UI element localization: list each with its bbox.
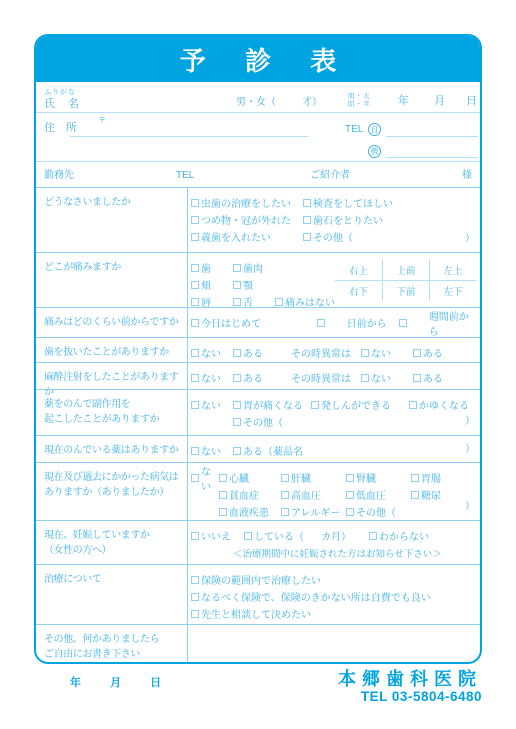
question-label: その他、何かありましたら ご自由にお書き下さい	[36, 625, 187, 662]
question-row-treatment-preference: 治療について 保険の範囲内で治療したい なるべく保険で、保険のきかない所は自費で…	[36, 564, 480, 624]
form-card: 予 診 表 ふりがな 氏 名 男・女（才） 明・大 昭・平 年 月 日 住 所 …	[34, 34, 482, 664]
checkbox-anesthesia-yes[interactable]: ある	[233, 370, 291, 385]
checkbox-icon[interactable]	[191, 474, 199, 482]
checkbox-illness-other[interactable]: その他（	[346, 504, 396, 519]
checkbox-icon[interactable]	[281, 508, 289, 516]
answer-cell: ない 胃が痛くなる 発しんができる かゆくなる その他（ ）	[187, 390, 480, 435]
checkbox-icon[interactable]	[311, 401, 319, 409]
sex-label: 男・女（	[236, 97, 276, 108]
checkbox-icon[interactable]	[191, 199, 199, 207]
era-line1: 明・大	[348, 93, 371, 100]
checkbox-icon[interactable]	[303, 233, 311, 241]
question-label: 現在のんでいる薬はありますか	[36, 436, 187, 462]
name-label-block: ふりがな 氏 名	[44, 88, 84, 109]
answer-cell: 虫歯の治療をしたい 検査をしてほしい つめ物・冠が外れた 歯石をとりたい 義歯を…	[187, 188, 480, 252]
checkbox-icon[interactable]	[303, 199, 311, 207]
month-label: 月	[434, 92, 445, 108]
checkbox-cavity-treatment[interactable]: 虫歯の治療をしたい	[191, 195, 303, 210]
checkbox-icon[interactable]	[233, 298, 241, 306]
region-lower-left[interactable]: 左下	[429, 280, 476, 301]
answer-cell: ない 心臓 肝臓 腎臓 胃腸 貧血症 高血圧 低血圧 糖尿 血液疾患 ア	[187, 463, 480, 520]
checkbox-mostly-insurance[interactable]: なるべく保険で、保険のきかない所は自費でも良い	[191, 589, 431, 604]
checkbox-within-insurance[interactable]: 保険の範囲内で治療したい	[191, 572, 321, 587]
checkbox-icon[interactable]	[191, 264, 199, 272]
question-row-reason: どうなさいましたか 虫歯の治療をしたい 検査をしてほしい つめ物・冠が外れた 歯…	[36, 188, 480, 252]
question-label: どうなさいましたか	[36, 188, 187, 252]
checkbox-icon[interactable]	[346, 474, 354, 482]
checkbox-icon[interactable]	[191, 374, 199, 382]
checkbox-denture[interactable]: 義歯を入れたい	[191, 229, 303, 244]
region-upper-right[interactable]: 右上	[335, 259, 382, 280]
checkbox-low-bp[interactable]: 低血圧	[346, 487, 411, 502]
referrer-suffix: 様	[462, 166, 472, 181]
checkbox-tooth[interactable]: 歯	[191, 260, 233, 275]
checkbox-icon[interactable]	[411, 474, 419, 482]
checkbox-icon[interactable]	[219, 491, 227, 499]
checkbox-icon[interactable]	[275, 298, 283, 306]
checkbox-icon[interactable]	[191, 349, 199, 357]
checkbox-icon[interactable]	[233, 401, 241, 409]
mobile-tel-row: 携	[36, 140, 480, 161]
region-upper-front[interactable]: 上前	[382, 259, 429, 280]
answer-cell: いいえ している（ カ月） わからない ＜治療期間中に妊娠された方はお知らせ下さ…	[187, 521, 480, 564]
answer-cell: ない ある その時異常は ない ある	[187, 338, 480, 362]
checkbox-medicine-no[interactable]: ない	[191, 443, 233, 458]
footer-date: 年 月 日	[34, 670, 187, 690]
checkbox-stomach-ache[interactable]: 胃が痛くなる	[233, 397, 311, 412]
checkbox-gums[interactable]: 歯肉	[233, 260, 263, 275]
checkbox-icon[interactable]	[191, 447, 199, 455]
checkbox-diabetes[interactable]: 糖尿	[411, 487, 441, 502]
clinic-name: 本郷歯科医院	[338, 670, 482, 689]
checkbox-days-ago[interactable]: 日前から	[317, 315, 399, 330]
page-footer: 年 月 日 本郷歯科医院 TEL 03-5804-6480	[34, 670, 482, 704]
checkbox-icon[interactable]	[413, 374, 421, 382]
workplace-tel-label: TEL	[176, 170, 194, 181]
furigana-label: ふりがな	[44, 88, 84, 98]
checkbox-remove-tartar[interactable]: 歯石をとりたい	[303, 212, 383, 227]
question-row-pain-location: どこが痛みますか 歯 歯肉 頬 顎 唇 舌 痛みはない	[36, 252, 480, 307]
checkbox-icon[interactable]	[303, 216, 311, 224]
checkbox-liver[interactable]: 肝臓	[281, 470, 346, 485]
checkbox-rash[interactable]: 発しんができる	[311, 397, 409, 412]
region-lower-right[interactable]: 右下	[335, 280, 382, 301]
abnormality-label: その時異常は	[291, 370, 361, 385]
checkbox-icon[interactable]	[233, 418, 241, 426]
checkbox-icon[interactable]	[399, 319, 407, 327]
checkbox-anemia[interactable]: 貧血症	[219, 487, 281, 502]
question-row-current-medicine: 現在のんでいる薬はありますか ない ある（薬品名 ）	[36, 435, 480, 462]
checkbox-icon[interactable]	[346, 491, 354, 499]
region-lower-front[interactable]: 下前	[382, 280, 429, 301]
checkbox-icon[interactable]	[191, 593, 199, 601]
referrer-label: ご紹介者	[310, 166, 350, 181]
checkbox-kidney[interactable]: 腎臓	[346, 470, 411, 485]
checkbox-icon[interactable]	[191, 610, 199, 618]
checkbox-tongue[interactable]: 舌	[233, 294, 275, 309]
answer-cell: 今日はじめて 日前から 週間前から	[187, 308, 480, 337]
checkbox-icon[interactable]	[346, 508, 354, 516]
pain-region-grid: 右上 上前 左上 右下 下前 左下	[335, 259, 476, 301]
answer-cell: 保険の範囲内で治療したい なるべく保険で、保険のきかない所は自費でも良い 先生と…	[187, 565, 480, 624]
era-line2: 昭・平	[348, 101, 371, 108]
checkbox-high-bp[interactable]: 高血圧	[281, 487, 346, 502]
tel-mobile-input-line[interactable]	[386, 157, 478, 158]
question-row-free-comments: その他、何かありましたら ご自由にお書き下さい	[36, 624, 480, 662]
checkbox-blood-disease[interactable]: 血液疾患	[219, 504, 281, 519]
paren-close: ）	[465, 497, 475, 512]
tel-mobile-icon: 携	[368, 145, 381, 158]
question-table: どうなさいましたか 虫歯の治療をしたい 検査をしてほしい つめ物・冠が外れた 歯…	[36, 187, 480, 662]
postal-mark: 〒	[98, 115, 106, 126]
checkbox-no-pain[interactable]: 痛みはない	[275, 294, 335, 309]
checkbox-lip[interactable]: 唇	[191, 294, 233, 309]
address-input-line[interactable]	[70, 136, 308, 137]
day-label: 日	[466, 92, 477, 108]
checkbox-abnormal-yes[interactable]: ある	[413, 370, 443, 385]
checkbox-icon[interactable]	[191, 532, 199, 540]
checkbox-illness-none[interactable]: ない	[191, 463, 219, 493]
questionnaire-page: 予 診 表 ふりがな 氏 名 男・女（才） 明・大 昭・平 年 月 日 住 所 …	[0, 0, 516, 729]
age-label: 才）	[302, 97, 322, 108]
checkbox-icon[interactable]	[369, 532, 377, 540]
checkbox-weeks-ago[interactable]: 週間前から	[399, 308, 476, 338]
question-row-extraction: 歯を抜いたことがありますか ない ある その時異常は ない ある	[36, 337, 480, 362]
checkbox-anesthesia-no[interactable]: ない	[191, 370, 233, 385]
checkbox-first-today[interactable]: 今日はじめて	[191, 315, 317, 330]
footer-day-label: 日	[150, 677, 161, 689]
checkbox-icon[interactable]	[411, 491, 419, 499]
checkbox-icon[interactable]	[191, 401, 199, 409]
checkbox-sideeffect-other[interactable]: その他（	[233, 414, 283, 429]
checkbox-abnormal-no[interactable]: ない	[361, 370, 413, 385]
checkbox-icon[interactable]	[361, 349, 369, 357]
checkbox-icon[interactable]	[191, 576, 199, 584]
checkbox-icon[interactable]	[317, 319, 325, 327]
checkbox-extraction-yes[interactable]: ある	[233, 345, 291, 360]
checkbox-pregnant-no[interactable]: いいえ	[191, 528, 244, 543]
tel-home-icon: 自	[368, 123, 381, 136]
free-comment-area[interactable]	[187, 625, 480, 662]
address-label: 住 所	[44, 119, 81, 135]
question-label: 薬をのんで副作用を 起こしたことがありますか	[36, 390, 187, 435]
checkbox-medicine-yes[interactable]: ある（薬品名	[233, 443, 303, 458]
name-label: 氏 名	[44, 98, 84, 110]
checkbox-sideeffect-none[interactable]: ない	[191, 397, 233, 412]
checkbox-pregnant-yes[interactable]: している（	[244, 528, 321, 543]
checkbox-icon[interactable]	[233, 374, 241, 382]
region-upper-left[interactable]: 左上	[429, 259, 476, 280]
footer-year-label: 年	[70, 677, 81, 689]
checkbox-icon[interactable]	[191, 298, 199, 306]
question-row-illness-history: 現在及び過去にかかった病気は ありますか（ありましたか） ない 心臓 肝臓 腎臓…	[36, 462, 480, 520]
checkbox-icon[interactable]	[191, 216, 199, 224]
question-row-pregnancy: 現在、妊娠していますか （女性の方へ） いいえ している（ カ月） わからない …	[36, 520, 480, 564]
checkbox-itchy[interactable]: かゆくなる	[409, 397, 469, 412]
checkbox-icon[interactable]	[413, 349, 421, 357]
answer-cell: ない ある その時異常は ない ある	[187, 363, 480, 389]
checkbox-pregnant-unknown[interactable]: わからない	[369, 528, 429, 543]
workplace-row: 勤務先 TEL ご紹介者 様	[36, 162, 480, 187]
tel-label: TEL	[345, 124, 363, 135]
question-label: どこが痛みますか	[36, 253, 187, 307]
question-label: 歯を抜いたことがありますか	[36, 338, 187, 362]
year-label: 年	[398, 92, 409, 108]
checkbox-extraction-no[interactable]: ない	[191, 345, 233, 360]
question-label: 現在、妊娠していますか （女性の方へ）	[36, 521, 187, 564]
checkbox-heart[interactable]: 心臓	[219, 470, 281, 485]
checkbox-icon[interactable]	[191, 281, 199, 289]
checkbox-icon[interactable]	[233, 349, 241, 357]
question-label: 現在及び過去にかかった病気は ありますか（ありましたか）	[36, 463, 187, 520]
checkbox-jaw[interactable]: 顎	[233, 277, 253, 292]
checkbox-want-exam[interactable]: 検査をしてほしい	[303, 195, 393, 210]
footer-month-label: 月	[110, 677, 121, 689]
checkbox-icon[interactable]	[281, 474, 289, 482]
answer-cell: 歯 歯肉 頬 顎 唇 舌 痛みはない 右上 上前 左	[187, 253, 480, 307]
clinic-info: 本郷歯科医院 TEL 03-5804-6480	[338, 670, 482, 704]
checkbox-icon[interactable]	[233, 281, 241, 289]
tel-home-input-line[interactable]	[386, 136, 478, 137]
form-title-band: 予 診 表	[36, 36, 480, 82]
workplace-label: 勤務先	[44, 166, 74, 181]
checkbox-icon[interactable]	[409, 401, 417, 409]
form-title: 予 診 表	[180, 41, 352, 78]
checkbox-icon[interactable]	[219, 508, 227, 516]
pregnancy-note: ＜治療期間中に妊娠された方はお知らせ下さい＞	[233, 544, 476, 561]
checkbox-icon[interactable]	[191, 319, 199, 327]
checkbox-other-reason[interactable]: その他（	[303, 229, 353, 244]
checkbox-icon[interactable]	[361, 374, 369, 382]
checkbox-cheek[interactable]: 頬	[191, 277, 233, 292]
checkbox-icon[interactable]	[281, 491, 289, 499]
checkbox-abnormal-yes[interactable]: ある	[413, 345, 443, 360]
checkbox-filling-crown-off[interactable]: つめ物・冠が外れた	[191, 212, 303, 227]
abnormality-label: その時異常は	[291, 345, 361, 360]
question-row-pain-duration: 痛みはどのくらい前からですか 今日はじめて 日前から 週間前から	[36, 307, 480, 337]
months-label: カ月）	[321, 528, 369, 543]
paren-close: ）	[465, 229, 475, 244]
question-label: 治療について	[36, 565, 187, 624]
checkbox-consult-doctor[interactable]: 先生と相談して決めたい	[191, 606, 311, 621]
checkbox-abnormal-no[interactable]: ない	[361, 345, 413, 360]
clinic-tel: TEL 03-5804-6480	[338, 689, 482, 704]
sex-age-field[interactable]: 男・女（才）	[236, 93, 322, 108]
question-row-side-effects: 薬をのんで副作用を 起こしたことがありますか ない 胃が痛くなる 発しんができる…	[36, 389, 480, 435]
checkbox-stomach-intestine[interactable]: 胃腸	[411, 470, 441, 485]
question-label: 痛みはどのくらい前からですか	[36, 308, 187, 337]
checkbox-icon[interactable]	[219, 474, 227, 482]
name-row: ふりがな 氏 名 男・女（才） 明・大 昭・平 年 月 日	[36, 82, 480, 113]
paren-close: ）	[465, 412, 475, 427]
address-row: 住 所 〒 TEL 自	[36, 113, 480, 140]
question-label: 麻酔注射をしたことがありますか	[36, 363, 187, 389]
paren-close: ）	[465, 440, 475, 455]
era-labels: 明・大 昭・平	[348, 93, 371, 109]
checkbox-icon[interactable]	[244, 532, 252, 540]
checkbox-icon[interactable]	[191, 233, 199, 241]
checkbox-icon[interactable]	[233, 447, 241, 455]
checkbox-icon[interactable]	[233, 264, 241, 272]
checkbox-allergy[interactable]: アレルギー	[281, 504, 346, 519]
answer-cell: ない ある（薬品名 ）	[187, 436, 480, 462]
question-row-anesthesia: 麻酔注射をしたことがありますか ない ある その時異常は ない ある	[36, 362, 480, 389]
